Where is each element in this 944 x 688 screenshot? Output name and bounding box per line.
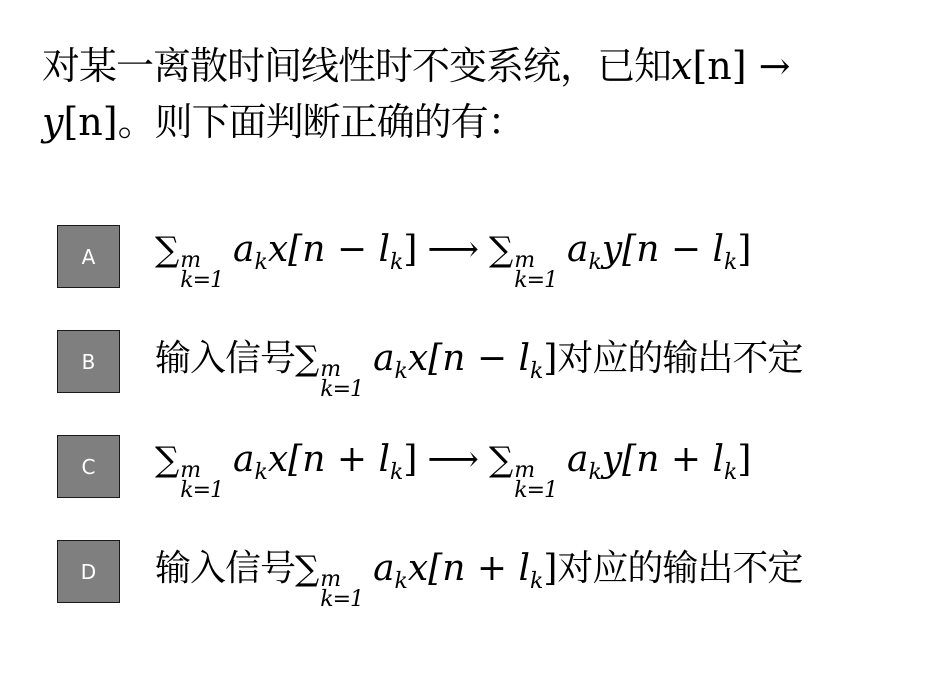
option-badge-d[interactable]: D <box>57 540 120 603</box>
option-d[interactable]: D 输入信号 ∑ mk=1 akx[n + lk] 对应的输出不定 <box>57 540 802 603</box>
option-b[interactable]: B 输入信号 ∑ mk=1 akx[n − lk] 对应的输出不定 <box>57 330 802 393</box>
index-sub: k <box>530 569 543 594</box>
sum-lower: k=1 <box>320 590 363 610</box>
index: [n + l <box>428 548 530 589</box>
sum-symbol: ∑ <box>489 230 512 270</box>
sum-symbol: ∑ <box>489 440 512 480</box>
index: [n + l <box>288 439 390 480</box>
question-part2: 。则下面判断正确的有： <box>118 100 525 144</box>
arrow: → <box>747 44 791 88</box>
math-n2: [n] <box>63 100 117 144</box>
math-x: x <box>671 44 692 88</box>
sum-limits: mk=1 <box>180 251 223 291</box>
sum-limits: mk=1 <box>514 461 557 501</box>
prefix: 输入信号 <box>155 330 295 381</box>
option-a-formula: ∑ mk=1 akx[n − lk] ⟶ ∑ mk=1 aky[n − lk] <box>155 229 751 285</box>
sum-symbol: ∑ <box>295 549 318 589</box>
func: x <box>408 338 428 379</box>
arrow: ⟶ <box>427 229 479 270</box>
index: [n − l <box>288 229 390 270</box>
func: y <box>602 229 622 270</box>
sum-limits: mk=1 <box>180 461 223 501</box>
sum-symbol: ∑ <box>155 230 178 270</box>
sum-symbol: ∑ <box>155 440 178 480</box>
index-sub: k <box>724 250 737 275</box>
arrow: ⟶ <box>427 439 479 480</box>
bracket-close: ] <box>543 548 557 589</box>
index: [n + l <box>622 439 724 480</box>
sum-lower: k=1 <box>514 481 557 501</box>
option-c-formula: ∑ mk=1 akx[n + lk] ⟶ ∑ mk=1 aky[n + lk] <box>155 439 751 495</box>
bracket-close: ] <box>403 229 417 270</box>
sum-lower: k=1 <box>180 481 223 501</box>
option-badge-b[interactable]: B <box>57 330 120 393</box>
coef: a <box>373 548 394 589</box>
coef: a <box>567 439 588 480</box>
coef-sub: k <box>255 460 268 485</box>
option-badge-a[interactable]: A <box>57 225 120 288</box>
option-c[interactable]: C ∑ mk=1 akx[n + lk] ⟶ ∑ mk=1 aky[n + lk… <box>57 435 751 498</box>
index-sub: k <box>390 250 403 275</box>
func: x <box>268 229 288 270</box>
math-n: [n] <box>692 44 746 88</box>
math-y: y <box>42 100 63 144</box>
question-text: 对某一离散时间线性时不变系统，已知x[n] → y[n]。则下面判断正确的有： <box>42 38 902 150</box>
sum-limits: mk=1 <box>320 360 363 400</box>
index-sub: k <box>724 460 737 485</box>
func: x <box>408 548 428 589</box>
option-a[interactable]: A ∑ mk=1 akx[n − lk] ⟶ ∑ mk=1 aky[n − lk… <box>57 225 751 288</box>
sum-symbol: ∑ <box>295 339 318 379</box>
option-b-text: 输入信号 ∑ mk=1 akx[n − lk] 对应的输出不定 <box>155 330 802 394</box>
coef: a <box>233 229 254 270</box>
option-d-text: 输入信号 ∑ mk=1 akx[n + lk] 对应的输出不定 <box>155 540 802 604</box>
suffix: 对应的输出不定 <box>557 330 802 381</box>
sum-lower: k=1 <box>180 271 223 291</box>
suffix: 对应的输出不定 <box>557 540 802 591</box>
question-part1: 对某一离散时间线性时不变系统，已知 <box>42 44 671 88</box>
index-sub: k <box>390 460 403 485</box>
coef-sub: k <box>395 359 408 384</box>
bracket-close: ] <box>737 439 751 480</box>
coef-sub: k <box>255 250 268 275</box>
func: y <box>602 439 622 480</box>
sum-lower: k=1 <box>514 271 557 291</box>
sum-limits: mk=1 <box>514 251 557 291</box>
index: [n − l <box>622 229 724 270</box>
coef: a <box>233 439 254 480</box>
sum-lower: k=1 <box>320 380 363 400</box>
bracket-close: ] <box>403 439 417 480</box>
func: x <box>268 439 288 480</box>
index: [n − l <box>428 338 530 379</box>
index-sub: k <box>530 359 543 384</box>
coef-sub: k <box>588 460 601 485</box>
prefix: 输入信号 <box>155 540 295 591</box>
coef-sub: k <box>588 250 601 275</box>
sum-limits: mk=1 <box>320 570 363 610</box>
coef: a <box>373 338 394 379</box>
coef-sub: k <box>395 569 408 594</box>
coef: a <box>567 229 588 270</box>
bracket-close: ] <box>737 229 751 270</box>
bracket-close: ] <box>543 338 557 379</box>
option-badge-c[interactable]: C <box>57 435 120 498</box>
